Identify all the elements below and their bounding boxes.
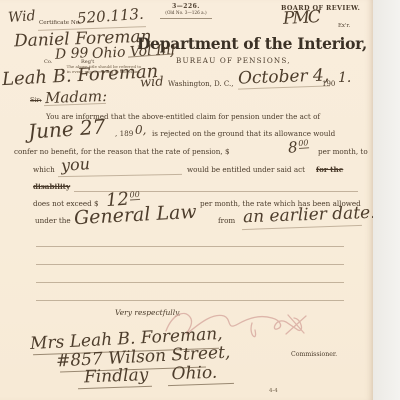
struck-disability: disability bbox=[33, 182, 70, 191]
body-line-4: would be entitled under said act bbox=[187, 165, 305, 174]
place-printed: Washington, D. C., bbox=[168, 80, 233, 88]
rate-first-handwritten: 800 bbox=[287, 137, 309, 156]
certificate-class-handwritten: Wid bbox=[7, 8, 36, 26]
bureau-heading: BUREAU OF PENSIONS, bbox=[176, 56, 291, 65]
rate-second-cents: 00 bbox=[129, 190, 140, 201]
claimant-name-handwritten: Leah B. Foreman bbox=[2, 61, 159, 90]
rate-first-dollars: 8 bbox=[287, 138, 298, 157]
body-line-3b: per month, to bbox=[318, 147, 368, 156]
blank-rule-you bbox=[58, 174, 182, 177]
scanned-pension-letter: 3—226. (Old No. 3—126 a.) BOARD OF REVIE… bbox=[0, 0, 400, 400]
you-handwritten: you bbox=[60, 154, 90, 175]
act-year-handwritten: 0, bbox=[135, 123, 146, 137]
claimant-widow-abbrev: wid bbox=[140, 74, 164, 90]
body-which: which bbox=[33, 165, 55, 174]
body-from: from bbox=[218, 216, 235, 225]
form-number-rule bbox=[160, 18, 212, 19]
examiner-label: Ex'r. bbox=[338, 23, 350, 29]
form-number: 3—226. bbox=[150, 3, 222, 10]
blank-ruled-line-1 bbox=[36, 246, 344, 247]
blank-ruled-line-4 bbox=[36, 300, 344, 301]
year-handwritten: 1. bbox=[338, 70, 351, 86]
examiner-initials-signature: PMC bbox=[283, 7, 320, 29]
form-number-block: 3—226. (Old No. 3—126 a.) bbox=[150, 3, 222, 19]
form-number-old: (Old No. 3—126 a.) bbox=[155, 10, 216, 15]
bottom-print-mark: 4-4 bbox=[269, 388, 278, 394]
rate-first-cents: 00 bbox=[298, 138, 309, 149]
act-year-printed: , 189 bbox=[115, 129, 133, 138]
body-line-3: confer no benefit, for the reason that t… bbox=[14, 147, 230, 156]
blank-ruled-line-3 bbox=[36, 282, 344, 283]
earlier-date-handwritten: an earlier date. bbox=[243, 203, 376, 228]
certificate-number-label: Certificate No. bbox=[39, 20, 81, 26]
act-date-handwritten: June 27 bbox=[27, 114, 106, 143]
year-printed: 190 bbox=[322, 80, 335, 88]
struck-for-the: for the bbox=[316, 165, 343, 174]
letter-paper: 3—226. (Old No. 3—126 a.) BOARD OF REVIE… bbox=[0, 0, 373, 400]
certificate-number-value: 520.113. bbox=[76, 5, 144, 28]
regiment-value-handwritten: Ohio Vol Inf bbox=[92, 42, 176, 62]
commissioner-label: Commissioner. bbox=[291, 351, 337, 358]
salutation-sir-struck: Sir: bbox=[30, 96, 42, 104]
blank-ruled-line-2 bbox=[36, 264, 344, 265]
body-under-the: under the bbox=[35, 216, 71, 225]
scan-background-strip bbox=[373, 0, 400, 400]
